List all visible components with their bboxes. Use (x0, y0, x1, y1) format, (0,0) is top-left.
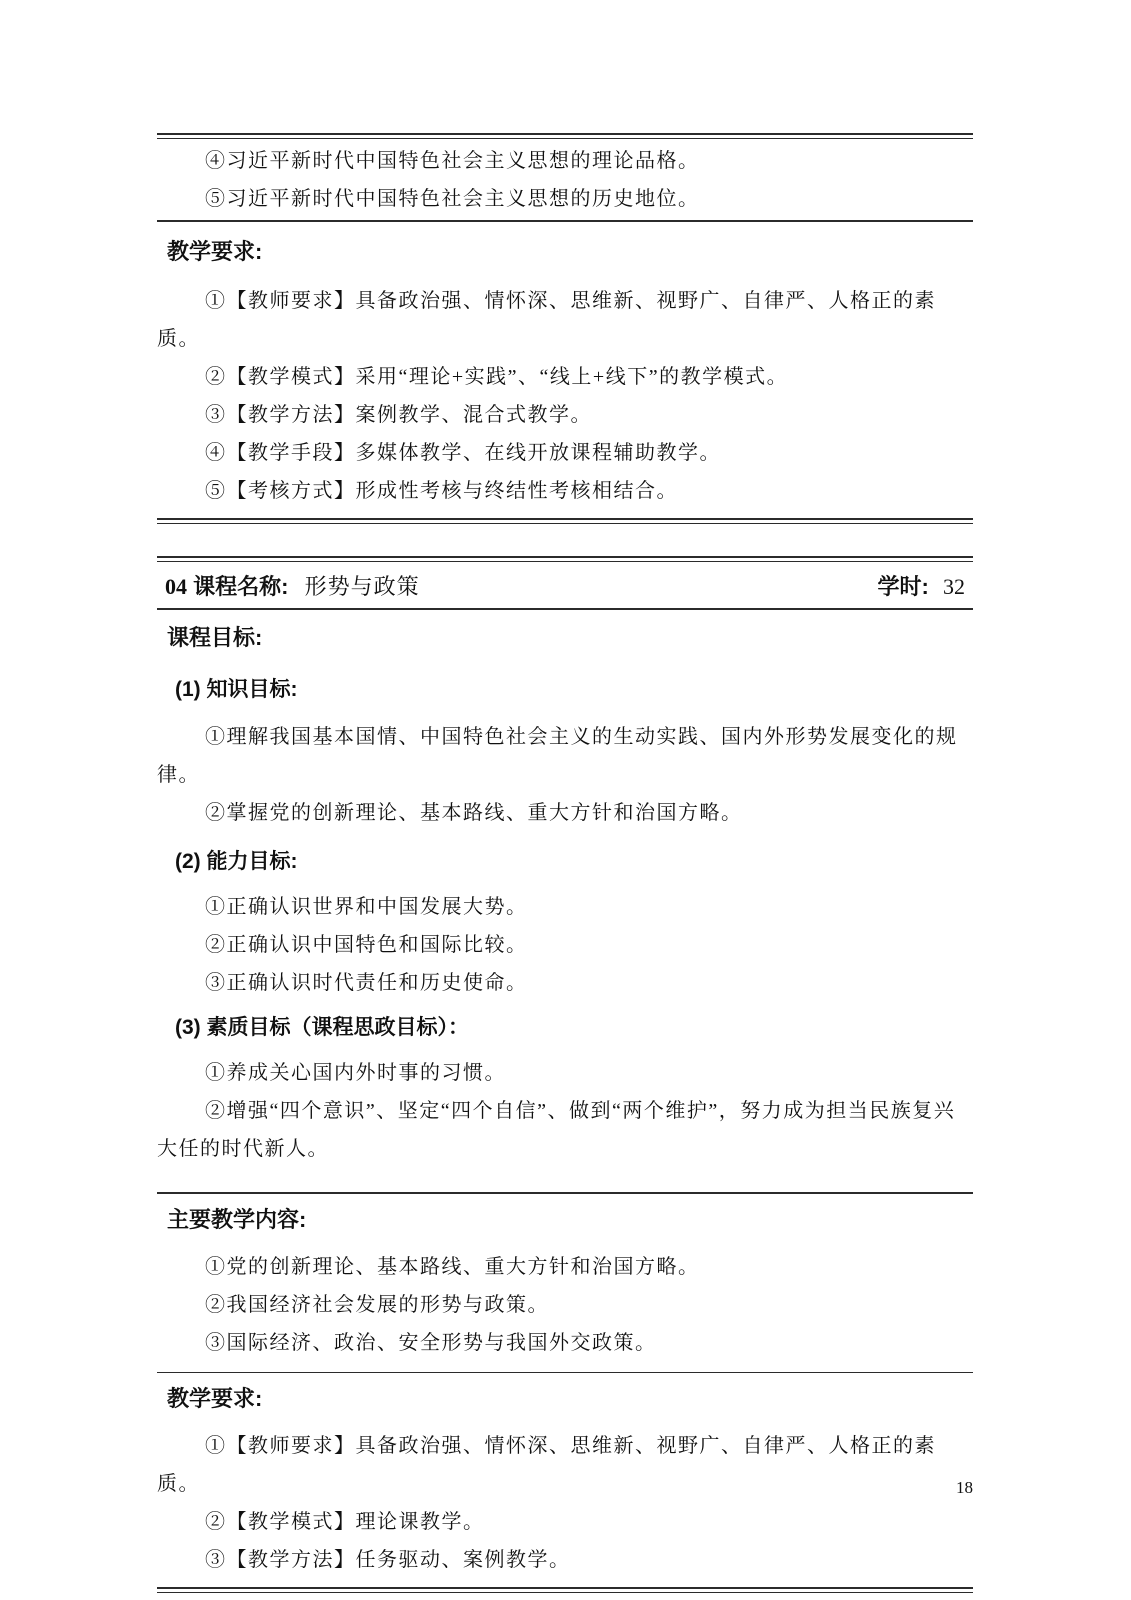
teaching-requirements-heading: 教学要求: (157, 238, 973, 266)
objective-item: ②正确认识中国特色和国际比较。 (157, 926, 973, 964)
hours-value: 32 (943, 574, 965, 599)
hours-label: 学时: (878, 574, 929, 599)
objective-item: ③正确认识时代责任和历史使命。 (157, 964, 973, 1002)
course-objectives-heading: 课程目标: (157, 624, 973, 652)
ability-objective-items: ①正确认识世界和中国发展大势。 ②正确认识中国特色和国际比较。 ③正确认识时代责… (157, 888, 973, 1002)
requirement-item: ④【教学手段】多媒体教学、在线开放课程辅助教学。 (157, 434, 973, 472)
table2-row-divider-3 (157, 1372, 973, 1373)
table2-row-divider (157, 608, 973, 610)
course-name-value: 形势与政策 (305, 574, 420, 599)
objective-item: ①正确认识世界和中国发展大势。 (157, 888, 973, 926)
table-gap (157, 524, 973, 556)
quality-objective-items: ①养成关心国内外时事的习惯。 ②增强“四个意识”、坚定“四个自信”、做到“两个维… (157, 1054, 973, 1192)
requirement-item: ③【教学方法】任务驱动、案例教学。 (157, 1541, 973, 1579)
table1-row-divider (157, 220, 973, 222)
objective-group-title-knowledge: (1) 知识目标: (157, 676, 973, 704)
requirement-item: ③【教学方法】案例教学、混合式教学。 (157, 396, 973, 434)
main-content-item: ②我国经济社会发展的形势与政策。 (157, 1286, 973, 1324)
table2-row-divider-2 (157, 1192, 973, 1194)
table1-content-items: ④习近平新时代中国特色社会主义思想的理论品格。 ⑤习近平新时代中国特色社会主义思… (157, 139, 973, 220)
objective-item: ②掌握党的创新理论、基本路线、重大方针和治国方略。 (157, 794, 973, 832)
objective-group-title-quality: (3) 素质目标（课程思政目标）： (157, 1014, 973, 1042)
main-content-items: ①党的创新理论、基本路线、重大方针和治国方略。 ②我国经济社会发展的形势与政策。… (157, 1248, 973, 1372)
requirement-item: ⑤【考核方式】形成性考核与终结性考核相结合。 (157, 472, 973, 510)
objective-group-title-ability: (2) 能力目标: (157, 848, 973, 876)
content-item: ⑤习近平新时代中国特色社会主义思想的历史地位。 (157, 180, 973, 218)
course-title-row: 04 课程名称: 形势与政策 学时: 32 (157, 562, 973, 608)
main-content-item: ①党的创新理论、基本路线、重大方针和治国方略。 (157, 1248, 973, 1286)
page-content: ④习近平新时代中国特色社会主义思想的理论品格。 ⑤习近平新时代中国特色社会主义思… (157, 133, 973, 1593)
main-content-heading: 主要教学内容: (157, 1206, 973, 1234)
objective-item: ①理解我国基本国情、中国特色社会主义的生动实践、国内外形势发展变化的规律。 (157, 718, 973, 794)
table1-teaching-requirement-items: ①【教师要求】具备政治强、情怀深、思维新、视野广、自律严、人格正的素质。 ②【教… (157, 282, 973, 518)
teaching-requirements-heading-2: 教学要求: (157, 1385, 973, 1413)
document-page: ④习近平新时代中国特色社会主义思想的理论品格。 ⑤习近平新时代中国特色社会主义思… (0, 0, 1131, 1600)
objective-item: ①养成关心国内外时事的习惯。 (157, 1054, 973, 1092)
page-number: 18 (956, 1478, 973, 1498)
requirement-item: ①【教师要求】具备政治强、情怀深、思维新、视野广、自律严、人格正的素质。 (157, 282, 973, 358)
requirement-item: ②【教学模式】理论课教学。 (157, 1503, 973, 1541)
course-name-label: 课程名称: (193, 574, 288, 599)
table2-bottom-border (157, 1587, 973, 1593)
objective-item: ②增强“四个意识”、坚定“四个自信”、做到“两个维护”，努力成为担当民族复兴大任… (157, 1092, 973, 1168)
content-item: ④习近平新时代中国特色社会主义思想的理论品格。 (157, 142, 973, 180)
course-hours: 学时: 32 (878, 570, 965, 601)
knowledge-objective-items: ①理解我国基本国情、中国特色社会主义的生动实践、国内外形势发展变化的规律。 ②掌… (157, 718, 973, 832)
main-content-item: ③国际经济、政治、安全形势与我国外交政策。 (157, 1324, 973, 1362)
requirement-item: ②【教学模式】采用“理论+实践”、“线上+线下”的教学模式。 (157, 358, 973, 396)
course-number: 04 (165, 574, 187, 599)
table2-teaching-requirement-items: ①【教师要求】具备政治强、情怀深、思维新、视野广、自律严、人格正的素质。 ②【教… (157, 1427, 973, 1587)
course-title: 04 课程名称: 形势与政策 (165, 570, 420, 601)
requirement-item: ①【教师要求】具备政治强、情怀深、思维新、视野广、自律严、人格正的素质。 (157, 1427, 973, 1503)
